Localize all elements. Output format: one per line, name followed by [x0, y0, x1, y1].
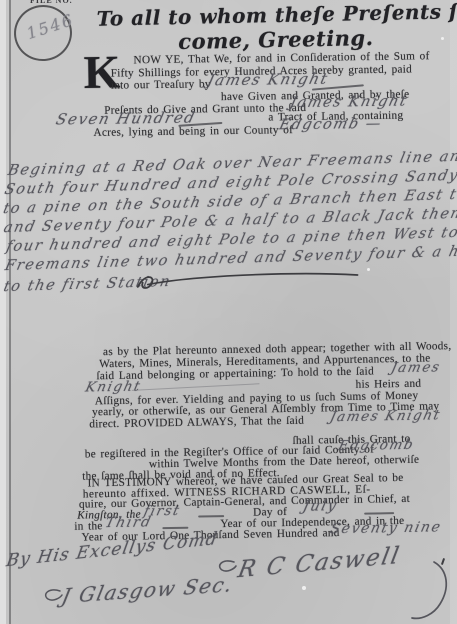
handwritten-grantee-name: Knight: [85, 379, 141, 396]
habendum-line: direct. PROVIDED ALWAYS, That the ſaid: [89, 415, 304, 431]
paper-speck: [302, 586, 306, 590]
handwritten-month: July: [303, 498, 338, 515]
testimony-clause: IN TESTIMONY whereof, we have cauſed our…: [0, 466, 457, 546]
handwritten-year: Seventy nine: [330, 519, 441, 537]
handwritten-county: Edgcomb: [339, 437, 415, 454]
handwritten-grantee-name: James: [391, 359, 440, 376]
land-grant-document-scan: FILE NO. 1546 To all to whom theſe Preſe…: [0, 0, 457, 624]
ink-stroke: [132, 383, 260, 391]
secretary-signature: J Glasgow Sec.: [61, 572, 234, 608]
granting-clause: K NOW YE, That We, for and in Conſiderat…: [0, 43, 457, 149]
handwritten-independence-year: Third: [105, 514, 152, 531]
handwritten-county: Edgcomb —: [279, 116, 382, 133]
handwritten-grantee-name: James Knight: [208, 70, 329, 90]
grant-line: into our Treaſury by: [111, 78, 211, 91]
handwritten-grantee-name: James Knight: [330, 407, 441, 425]
ink-dash: [364, 512, 394, 514]
ink-dash: [198, 515, 224, 517]
survey-description: Begining at a Red Oak over Near Freemans…: [0, 145, 457, 309]
governor-signature: R C Caswell: [237, 543, 401, 583]
habendum-clause: as by the Plat hereunto annexed doth app…: [0, 336, 457, 480]
signature-flourish-tail: [408, 560, 452, 624]
grant-line: Acres, lying and being in our County of: [93, 124, 293, 139]
ink-dash: [162, 527, 188, 529]
